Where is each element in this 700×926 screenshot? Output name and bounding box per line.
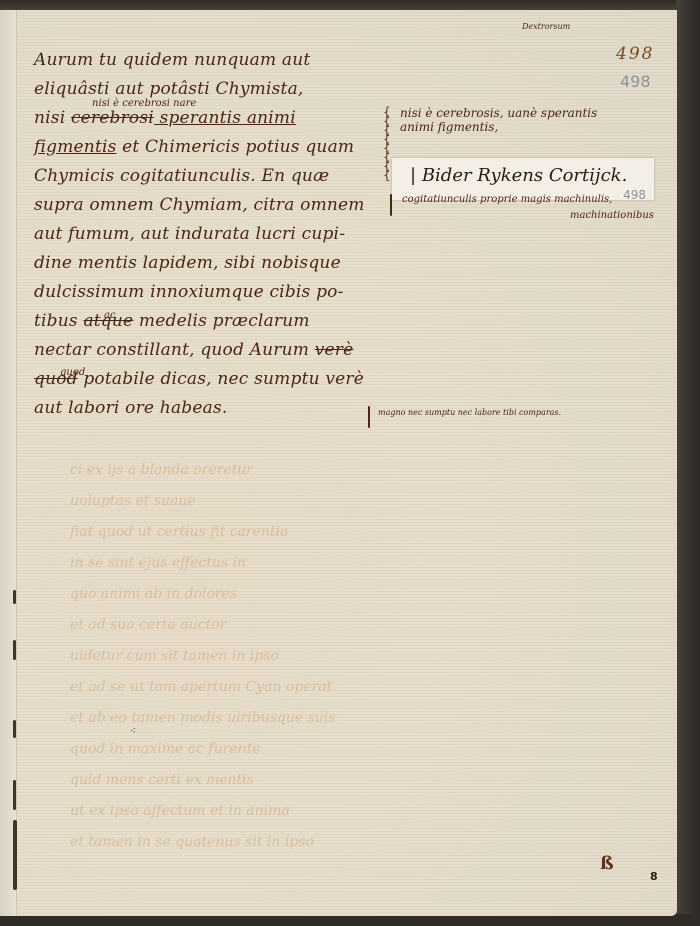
interlinear-insertion: nisi è cerebrosi nare bbox=[92, 98, 196, 109]
struck-word: verè bbox=[315, 340, 354, 360]
text-line: dine mentis lapidem, sibi nobisque bbox=[34, 249, 364, 278]
scanner-right-edge bbox=[676, 0, 700, 926]
binding-stitch bbox=[13, 640, 16, 660]
text-fragment: tibus bbox=[34, 311, 83, 331]
text-line: aut fumum, aut indurata lucri cupi- bbox=[34, 220, 364, 249]
bleed-line: et ad sua certa auctor bbox=[70, 610, 400, 641]
bleed-line: et ad se ut tam apertum Cyan operat bbox=[70, 672, 400, 703]
slip-inscription: Bider Rykens Cortijck. bbox=[422, 165, 628, 186]
bleed-line: et ab eo tamen modis uiribusque suis bbox=[70, 703, 400, 734]
bleed-line: fiat quod ut certius fit carentia bbox=[70, 517, 400, 548]
text-line: dulcissimum innoxiumque cibis po- bbox=[34, 278, 364, 307]
folio-number-ink: 498 bbox=[616, 44, 654, 64]
text-line: Chymicis cogitatiunculis. En quæ bbox=[34, 162, 364, 191]
margin-bar-icon bbox=[390, 194, 392, 216]
slip-marker: | bbox=[410, 165, 416, 186]
slip-pencil-number: 498 bbox=[623, 188, 646, 202]
margin-note-2-continuation: machinationibus bbox=[570, 210, 654, 221]
text-line: aut labori ore habeas. bbox=[34, 394, 364, 423]
wavy-brace-icon: {{{{{{{{ bbox=[383, 108, 391, 180]
bleed-line: ut ex ipso affectum et in anima bbox=[70, 796, 400, 827]
margin-note-1: nisi è cerebrosis, uanè sperantis animi … bbox=[400, 106, 597, 134]
bleed-line: uidetur cum sit tamen in ipso bbox=[70, 641, 400, 672]
text-line: tibus atque medelis præclarum bbox=[34, 307, 364, 336]
bleed-line: et tamen in se quatenus sit in ipso bbox=[70, 827, 400, 858]
margin-bar-icon bbox=[368, 406, 370, 428]
text-line: figmentis et Chimericis potius quam bbox=[34, 133, 364, 162]
bleed-through-text: ci ex ijs a blanda oreretur uoluptas et … bbox=[70, 455, 400, 858]
text-line: supra omnem Chymiam, citra omnem bbox=[34, 191, 364, 220]
binding-stitch bbox=[13, 780, 16, 810]
underlined-text: sperantis animi bbox=[154, 108, 296, 128]
bleed-line: quid mens certi ex mentis bbox=[70, 765, 400, 796]
top-annotation: Dextrorsum bbox=[522, 22, 570, 31]
manuscript-page: Dextrorsum 498 498 ci ex ijs a blanda or… bbox=[0, 10, 677, 916]
margin-note-line: animi figmentis, bbox=[400, 120, 597, 134]
text-fragment: et Chimericis potius quam bbox=[117, 137, 355, 157]
interlinear-insertion: quod bbox=[60, 367, 85, 378]
folio-number-pencil: 498 bbox=[620, 72, 651, 91]
text-fragment: medelis præclarum bbox=[133, 311, 309, 331]
binding-stitch bbox=[13, 720, 16, 738]
text-line: nectar constillant, quod Aurum verè bbox=[34, 336, 364, 365]
text-fragment: potabile dicas, nec sumptu verè bbox=[78, 369, 364, 389]
stamp-number: 8 bbox=[650, 870, 658, 883]
bleed-line: ci ex ijs a blanda oreretur bbox=[70, 455, 400, 486]
bleed-line: uoluptas et suaue bbox=[70, 486, 400, 517]
bleed-line: quo animi ab in dolores bbox=[70, 579, 400, 610]
margin-note-2: cogitatiunculis proprie magis machinulis… bbox=[402, 194, 612, 205]
text-line: Aurum tu quidem nunquam aut bbox=[34, 46, 364, 75]
text-line: nisi cerebrosi sperantis animi bbox=[34, 104, 364, 133]
struck-word: cerebrosi bbox=[71, 108, 154, 128]
slip-text: | Bider Rykens Cortijck. bbox=[410, 165, 627, 186]
margin-note-line: nisi è cerebrosis, uanè sperantis bbox=[400, 106, 597, 120]
bleed-line: quod in maxime ac furente bbox=[70, 734, 400, 765]
text-fragment: nisi bbox=[34, 108, 71, 128]
text-fragment: nectar constillant, quod Aurum bbox=[34, 340, 315, 360]
binding-stitch bbox=[13, 590, 16, 604]
ink-speck: ⁖ bbox=[130, 726, 136, 737]
interlinear-insertion: ac bbox=[104, 310, 116, 321]
binding-stitch bbox=[13, 820, 17, 890]
text-line: eliquâsti aut potâsti Chymista, bbox=[34, 75, 364, 104]
bleed-line: in se sint ejus effectus in bbox=[70, 548, 400, 579]
underlined-word: figmentis bbox=[34, 137, 117, 157]
margin-note-3: magno nec sumptu nec labore tibi compara… bbox=[378, 408, 561, 417]
catchmark-symbol: ß bbox=[600, 853, 614, 874]
